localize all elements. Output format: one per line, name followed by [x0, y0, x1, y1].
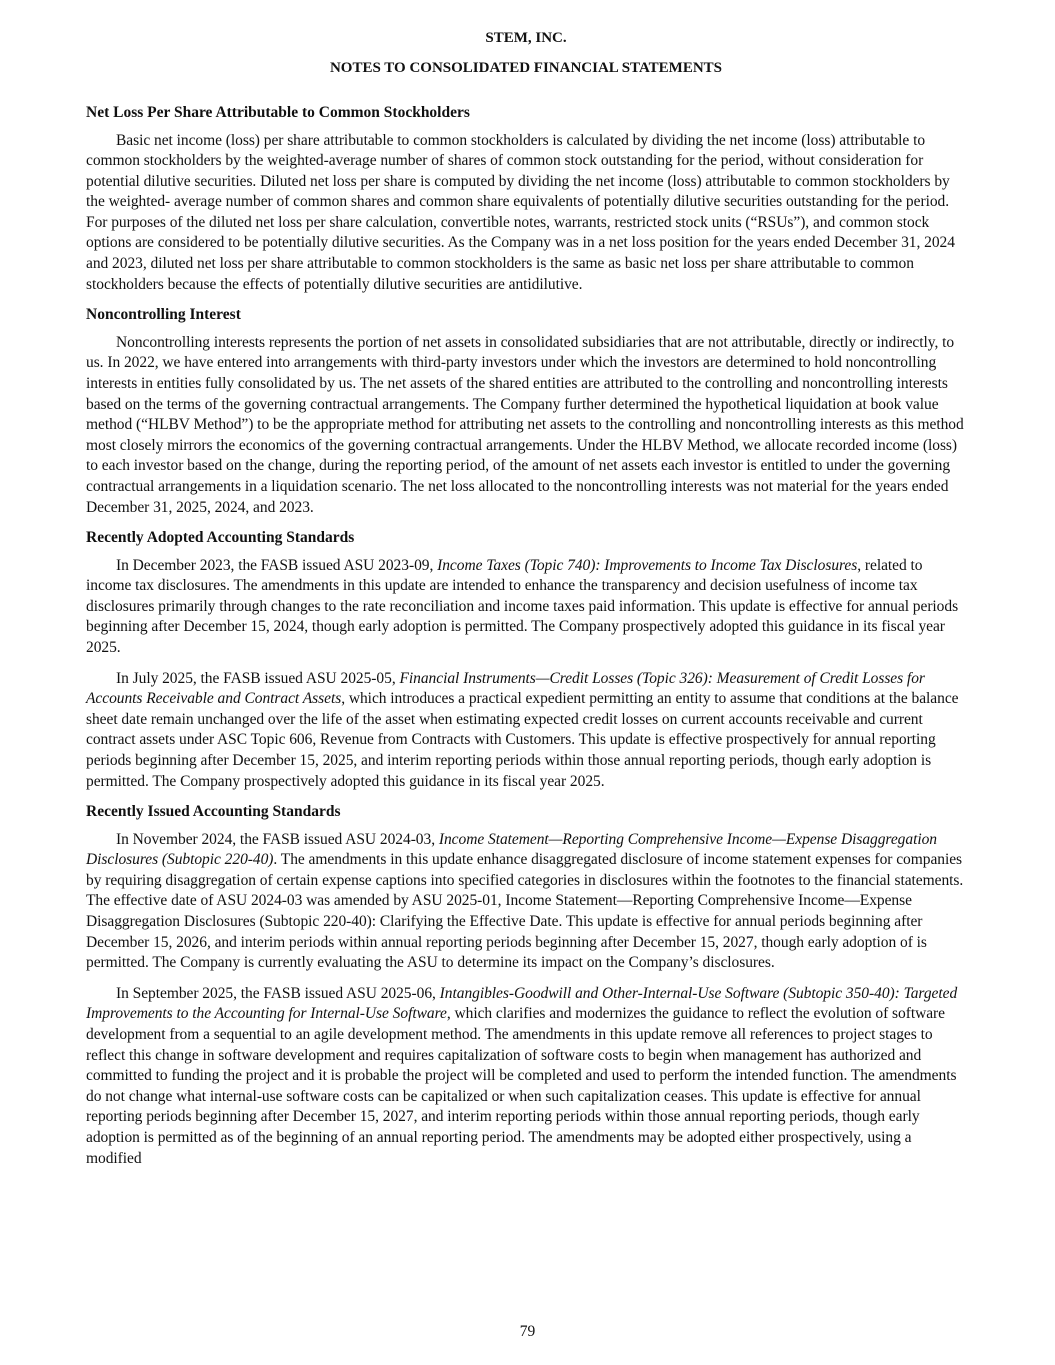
paragraph-text: In September 2025, the FASB issued ASU 2…: [116, 985, 440, 1002]
section-heading: Net Loss Per Share Attributable to Commo…: [86, 103, 966, 124]
paragraph: Basic net income (loss) per share attrib…: [86, 131, 966, 296]
document-page: STEM, INC. NOTES TO CONSOLIDATED FINANCI…: [86, 26, 966, 1179]
paragraph-asu-2025-06: In September 2025, the FASB issued ASU 2…: [86, 984, 966, 1169]
company-name: STEM, INC.: [86, 28, 966, 48]
section-recently-issued-standards: Recently Issued Accounting Standards In …: [86, 802, 966, 1169]
document-title: NOTES TO CONSOLIDATED FINANCIAL STATEMEN…: [86, 58, 966, 78]
paragraph-text: , which clarifies and modernizes the gui…: [86, 1005, 956, 1166]
paragraph-asu-2023-09: In December 2023, the FASB issued ASU 20…: [86, 556, 966, 659]
section-heading: Recently Adopted Accounting Standards: [86, 528, 966, 549]
paragraph-text: In July 2025, the FASB issued ASU 2025-0…: [116, 670, 399, 687]
paragraph-asu-2024-03: In November 2024, the FASB issued ASU 20…: [86, 830, 966, 974]
section-recently-adopted-standards: Recently Adopted Accounting Standards In…: [86, 528, 966, 792]
section-net-loss-per-share: Net Loss Per Share Attributable to Commo…: [86, 103, 966, 295]
paragraph-text: . The amendments in this update enhance …: [86, 851, 963, 971]
paragraph-text: In December 2023, the FASB issued ASU 20…: [116, 557, 437, 574]
section-heading: Recently Issued Accounting Standards: [86, 802, 966, 823]
paragraph-text: In November 2024, the FASB issued ASU 20…: [116, 831, 439, 848]
standard-title: Income Taxes (Topic 740): Improvements t…: [437, 557, 857, 574]
page-number: 79: [0, 1322, 1055, 1342]
paragraph-asu-2025-05: In July 2025, the FASB issued ASU 2025-0…: [86, 669, 966, 793]
paragraph: Noncontrolling interests represents the …: [86, 333, 966, 518]
section-heading: Noncontrolling Interest: [86, 305, 966, 326]
section-noncontrolling-interest: Noncontrolling Interest Noncontrolling i…: [86, 305, 966, 518]
